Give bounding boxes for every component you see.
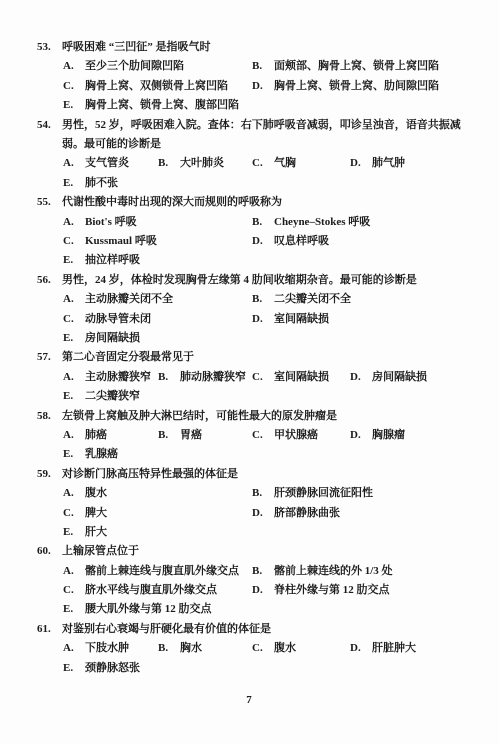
options-row: A.主动脉瓣关闭不全 B.二尖瓣关闭不全 — [0, 290, 499, 309]
options-row: E.房间隔缺损 — [0, 329, 499, 348]
question-number: 58. — [37, 407, 51, 426]
question-stem-row: 56. 男性，24 岁，体检时发现胸骨左缘第 4 肋间收缩期杂音。最可能的诊断是 — [0, 271, 499, 290]
option-text: Cheyne–Stokes 呼吸 — [274, 216, 370, 228]
option-b: B.大叶肺炎 — [158, 154, 224, 173]
option-label: D. — [350, 426, 372, 445]
option-label: C. — [252, 154, 274, 173]
option-label: B. — [252, 213, 274, 232]
option-b: B.肝颈静脉回流征阳性 — [252, 484, 373, 503]
option-text: 室间隔缺损 — [274, 371, 329, 383]
option-b: B.胸水 — [158, 639, 202, 658]
option-text: 腹水 — [274, 642, 296, 654]
option-label: B. — [252, 562, 274, 581]
question-number: 55. — [37, 193, 51, 212]
option-text: 颈静脉怒张 — [85, 662, 140, 674]
option-text: 肝脏肿大 — [372, 642, 416, 654]
option-a: A.主动脉瓣狭窄 — [63, 368, 151, 387]
question-stem: 左锁骨上窝触及肿大淋巴结时，可能性最大的原发肿瘤是 — [62, 410, 337, 422]
option-text: 叹息样呼吸 — [274, 235, 329, 247]
option-label: C. — [252, 426, 274, 445]
option-text: 动脉导管未闭 — [85, 313, 151, 325]
option-label: A. — [63, 484, 85, 503]
option-e: E.胸骨上窝、锁骨上窝、腹部凹陷 — [63, 96, 239, 115]
options-row: A.至少三个肋间隙凹陷 B.面颊部、胸骨上窝、锁骨上窝凹陷 — [0, 57, 499, 76]
option-text: 肺癌 — [85, 429, 107, 441]
option-text: 抽泣样呼吸 — [85, 254, 140, 266]
option-label: E. — [63, 659, 85, 678]
option-d: D.室间隔缺损 — [252, 310, 329, 329]
option-c: C.动脉导管未闭 — [63, 310, 151, 329]
option-b: B.肺动脉瓣狭窄 — [158, 368, 246, 387]
option-label: E. — [63, 329, 85, 348]
option-label: E. — [63, 174, 85, 193]
options-row: A.腹水 B.肝颈静脉回流征阳性 — [0, 484, 499, 503]
option-label: A. — [63, 290, 85, 309]
option-text: 肺不张 — [85, 177, 118, 189]
option-e: E.肺不张 — [63, 174, 118, 193]
options-row: C.脐水平线与腹直肌外缘交点 D.脊柱外缘与第 12 肋交点 — [0, 581, 499, 600]
option-label: D. — [252, 581, 274, 600]
option-label: D. — [350, 368, 372, 387]
option-text: 肺动脉瓣狭窄 — [180, 371, 246, 383]
option-text: 房间隔缺损 — [372, 371, 427, 383]
options-row: A.肺癌 B.胃癌 C.甲状腺癌 D.胸腺瘤 — [0, 426, 499, 445]
option-label: A. — [63, 213, 85, 232]
option-label: C. — [252, 368, 274, 387]
option-text: 髂前上棘连线的外 1/3 处 — [274, 565, 393, 577]
question-54: 54. 男性，52 岁，呼吸困难入院。查体：右下肺呼吸音减弱，叩诊呈浊音，语音共… — [0, 116, 499, 194]
option-text: 腰大肌外缘与第 12 肋交点 — [85, 603, 212, 615]
options-row: E.肝大 — [0, 523, 499, 542]
exam-page: 53. 呼吸困难 “三凹征” 是指吸气时 A.至少三个肋间隙凹陷 B.面颊部、胸… — [0, 0, 499, 744]
option-label: C. — [63, 232, 85, 251]
option-text: 肝大 — [85, 526, 107, 538]
option-text: 室间隔缺损 — [274, 313, 329, 325]
option-label: C. — [63, 310, 85, 329]
question-stem-row: 54. 男性，52 岁，呼吸困难入院。查体：右下肺呼吸音减弱，叩诊呈浊音，语音共… — [0, 116, 499, 155]
question-number: 57. — [37, 348, 51, 367]
option-label: D. — [252, 504, 274, 523]
option-text: Biot's 呼吸 — [85, 216, 137, 228]
option-text: 甲状腺癌 — [274, 429, 318, 441]
option-label: D. — [350, 639, 372, 658]
option-label: E. — [63, 523, 85, 542]
option-a: A.主动脉瓣关闭不全 — [63, 290, 173, 309]
option-b: B.Cheyne–Stokes 呼吸 — [252, 213, 370, 232]
option-a: A.髂前上棘连线与腹直肌外缘交点 — [63, 562, 239, 581]
option-text: 胃癌 — [180, 429, 202, 441]
option-e: E.乳腺癌 — [63, 445, 118, 464]
option-d: D.脐部静脉曲张 — [252, 504, 340, 523]
option-text: 乳腺癌 — [85, 448, 118, 460]
question-stem-row: 59. 对诊断门脉高压特异性最强的体征是 — [0, 465, 499, 484]
options-row: C.胸骨上窝、双侧锁骨上窝凹陷 D.胸骨上窝、锁骨上窝、肋间隙凹陷 — [0, 77, 499, 96]
option-c: C.胸骨上窝、双侧锁骨上窝凹陷 — [63, 77, 228, 96]
option-text: 胸骨上窝、锁骨上窝、肋间隙凹陷 — [274, 80, 439, 92]
option-label: D. — [350, 154, 372, 173]
option-text: 脐水平线与腹直肌外缘交点 — [85, 584, 217, 596]
options-row: E.胸骨上窝、锁骨上窝、腹部凹陷 — [0, 96, 499, 115]
question-number: 60. — [37, 542, 51, 561]
option-d: D.叹息样呼吸 — [252, 232, 329, 251]
option-label: E. — [63, 251, 85, 270]
option-label: A. — [63, 639, 85, 658]
option-c: C.室间隔缺损 — [252, 368, 329, 387]
option-text: 主动脉瓣关闭不全 — [85, 293, 173, 305]
option-c: C.Kussmaul 呼吸 — [63, 232, 157, 251]
option-a: A.支气管炎 — [63, 154, 129, 173]
option-e: E.抽泣样呼吸 — [63, 251, 140, 270]
options-row: E.肺不张 — [0, 174, 499, 193]
question-number: 54. — [37, 116, 51, 135]
option-label: E. — [63, 445, 85, 464]
option-d: D.房间隔缺损 — [350, 368, 427, 387]
option-text: 气胸 — [274, 157, 296, 169]
question-number: 59. — [37, 465, 51, 484]
question-stem: 对诊断门脉高压特异性最强的体征是 — [62, 468, 238, 480]
question-stem: 男性，52 岁，呼吸困难入院。查体：右下肺呼吸音减弱，叩诊呈浊音，语音共振减弱。… — [62, 119, 461, 150]
option-text: 胸骨上窝、锁骨上窝、腹部凹陷 — [85, 99, 239, 111]
option-text: 房间隔缺损 — [85, 332, 140, 344]
option-label: C. — [252, 639, 274, 658]
option-c: C.脐水平线与腹直肌外缘交点 — [63, 581, 217, 600]
option-c: C.腹水 — [252, 639, 296, 658]
option-text: 下肢水肿 — [85, 642, 129, 654]
option-text: 二尖瓣狭窄 — [85, 390, 140, 402]
option-b: B.胃癌 — [158, 426, 202, 445]
options-row: E.二尖瓣狭窄 — [0, 387, 499, 406]
option-e: E.颈静脉怒张 — [63, 659, 140, 678]
question-stem-row: 61. 对鉴别右心衰竭与肝硬化最有价值的体征是 — [0, 620, 499, 639]
option-text: 至少三个肋间隙凹陷 — [85, 60, 184, 72]
options-row: A.主动脉瓣狭窄 B.肺动脉瓣狭窄 C.室间隔缺损 D.房间隔缺损 — [0, 368, 499, 387]
option-d: D.胸腺瘤 — [350, 426, 405, 445]
option-text: 脾大 — [85, 507, 107, 519]
option-text: 髂前上棘连线与腹直肌外缘交点 — [85, 565, 239, 577]
option-text: 脐部静脉曲张 — [274, 507, 340, 519]
options-row: E.乳腺癌 — [0, 445, 499, 464]
option-label: E. — [63, 600, 85, 619]
option-label: A. — [63, 562, 85, 581]
option-label: B. — [158, 368, 180, 387]
option-label: E. — [63, 96, 85, 115]
question-stem: 男性，24 岁，体检时发现胸骨左缘第 4 肋间收缩期杂音。最可能的诊断是 — [62, 274, 417, 286]
option-text: 二尖瓣关闭不全 — [274, 293, 351, 305]
question-stem-row: 57. 第二心音固定分裂最常见于 — [0, 348, 499, 367]
question-58: 58. 左锁骨上窝触及肿大淋巴结时，可能性最大的原发肿瘤是 A.肺癌 B.胃癌 … — [0, 407, 499, 465]
question-59: 59. 对诊断门脉高压特异性最强的体征是 A.腹水 B.肝颈静脉回流征阳性 C.… — [0, 465, 499, 543]
option-text: Kussmaul 呼吸 — [85, 235, 157, 247]
question-56: 56. 男性，24 岁，体检时发现胸骨左缘第 4 肋间收缩期杂音。最可能的诊断是… — [0, 271, 499, 349]
option-label: D. — [252, 232, 274, 251]
question-57: 57. 第二心音固定分裂最常见于 A.主动脉瓣狭窄 B.肺动脉瓣狭窄 C.室间隔… — [0, 348, 499, 406]
option-text: 胸腺瘤 — [372, 429, 405, 441]
option-label: A. — [63, 426, 85, 445]
question-60: 60. 上输尿管点位于 A.髂前上棘连线与腹直肌外缘交点 B.髂前上棘连线的外 … — [0, 542, 499, 620]
option-label: D. — [252, 77, 274, 96]
question-stem: 第二心音固定分裂最常见于 — [62, 351, 194, 363]
question-55: 55. 代谢性酸中毒时出现的深大而规则的呼吸称为 A.Biot's 呼吸 B.C… — [0, 193, 499, 271]
option-c: C.脾大 — [63, 504, 107, 523]
option-c: C.气胸 — [252, 154, 296, 173]
option-text: 腹水 — [85, 487, 107, 499]
question-number: 53. — [37, 38, 51, 57]
option-a: A.腹水 — [63, 484, 107, 503]
options-row: A.Biot's 呼吸 B.Cheyne–Stokes 呼吸 — [0, 213, 499, 232]
option-label: D. — [252, 310, 274, 329]
options-row: C.Kussmaul 呼吸 D.叹息样呼吸 — [0, 232, 499, 251]
option-text: 面颊部、胸骨上窝、锁骨上窝凹陷 — [274, 60, 439, 72]
options-row: C.动脉导管未闭 D.室间隔缺损 — [0, 310, 499, 329]
option-label: C. — [63, 581, 85, 600]
question-number: 61. — [37, 620, 51, 639]
question-stem: 上输尿管点位于 — [62, 545, 139, 557]
option-label: A. — [63, 154, 85, 173]
option-label: B. — [158, 426, 180, 445]
option-d: D.脊柱外缘与第 12 肋交点 — [252, 581, 390, 600]
option-label: E. — [63, 387, 85, 406]
options-row: E.颈静脉怒张 — [0, 659, 499, 678]
question-53: 53. 呼吸困难 “三凹征” 是指吸气时 A.至少三个肋间隙凹陷 B.面颊部、胸… — [0, 38, 499, 116]
option-text: 大叶肺炎 — [180, 157, 224, 169]
option-text: 支气管炎 — [85, 157, 129, 169]
option-a: A.肺癌 — [63, 426, 107, 445]
option-e: E.腰大肌外缘与第 12 肋交点 — [63, 600, 212, 619]
options-row: A.髂前上棘连线与腹直肌外缘交点 B.髂前上棘连线的外 1/3 处 — [0, 562, 499, 581]
options-row: E.腰大肌外缘与第 12 肋交点 — [0, 600, 499, 619]
option-text: 胸骨上窝、双侧锁骨上窝凹陷 — [85, 80, 228, 92]
options-row: E.抽泣样呼吸 — [0, 251, 499, 270]
option-b: B.面颊部、胸骨上窝、锁骨上窝凹陷 — [252, 57, 439, 76]
option-label: B. — [252, 290, 274, 309]
option-text: 胸水 — [180, 642, 202, 654]
question-stem: 呼吸困难 “三凹征” 是指吸气时 — [62, 41, 211, 53]
option-label: A. — [63, 368, 85, 387]
question-stem-row: 60. 上输尿管点位于 — [0, 542, 499, 561]
option-label: B. — [252, 484, 274, 503]
option-label: A. — [63, 57, 85, 76]
question-stem-row: 58. 左锁骨上窝触及肿大淋巴结时，可能性最大的原发肿瘤是 — [0, 407, 499, 426]
option-e: E.肝大 — [63, 523, 107, 542]
question-stem-row: 53. 呼吸困难 “三凹征” 是指吸气时 — [0, 38, 499, 57]
option-b: B.髂前上棘连线的外 1/3 处 — [252, 562, 393, 581]
options-row: C.脾大 D.脐部静脉曲张 — [0, 504, 499, 523]
option-text: 肺气肿 — [372, 157, 405, 169]
question-stem-row: 55. 代谢性酸中毒时出现的深大而规则的呼吸称为 — [0, 193, 499, 212]
option-b: B.二尖瓣关闭不全 — [252, 290, 351, 309]
page-number: 7 — [0, 694, 499, 706]
option-label: C. — [63, 504, 85, 523]
question-stem: 代谢性酸中毒时出现的深大而规则的呼吸称为 — [62, 196, 282, 208]
option-label: B. — [158, 639, 180, 658]
question-number: 56. — [37, 271, 51, 290]
option-e: E.二尖瓣狭窄 — [63, 387, 140, 406]
option-label: B. — [252, 57, 274, 76]
question-stem: 对鉴别右心衰竭与肝硬化最有价值的体征是 — [62, 623, 271, 635]
options-row: A.支气管炎 B.大叶肺炎 C.气胸 D.肺气肿 — [0, 154, 499, 173]
option-label: C. — [63, 77, 85, 96]
option-label: B. — [158, 154, 180, 173]
option-d: D.肝脏肿大 — [350, 639, 416, 658]
option-d: D.肺气肿 — [350, 154, 405, 173]
question-61: 61. 对鉴别右心衰竭与肝硬化最有价值的体征是 A.下肢水肿 B.胸水 C.腹水… — [0, 620, 499, 678]
option-a: A.下肢水肿 — [63, 639, 129, 658]
option-a: A.Biot's 呼吸 — [63, 213, 137, 232]
option-e: E.房间隔缺损 — [63, 329, 140, 348]
option-a: A.至少三个肋间隙凹陷 — [63, 57, 184, 76]
options-row: A.下肢水肿 B.胸水 C.腹水 D.肝脏肿大 — [0, 639, 499, 658]
option-text: 主动脉瓣狭窄 — [85, 371, 151, 383]
option-c: C.甲状腺癌 — [252, 426, 318, 445]
option-d: D.胸骨上窝、锁骨上窝、肋间隙凹陷 — [252, 77, 439, 96]
option-text: 脊柱外缘与第 12 肋交点 — [274, 584, 390, 596]
option-text: 肝颈静脉回流征阳性 — [274, 487, 373, 499]
